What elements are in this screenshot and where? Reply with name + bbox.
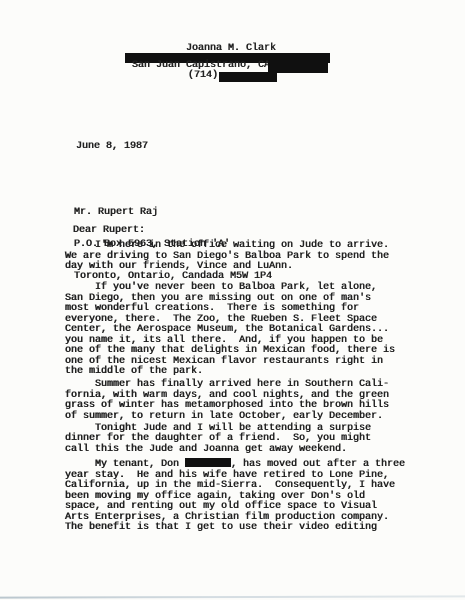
- paragraph-3: Summer has finally arrived here in South…: [65, 380, 389, 422]
- letter-date: June 8, 1987: [76, 142, 148, 153]
- salutation: Dear Rupert:: [73, 226, 145, 237]
- paragraph-2: If you've never been to Balboa Park, let…: [65, 283, 395, 378]
- redaction-bar-zip-code: [268, 62, 328, 73]
- paragraph-5-text-before: My tenant, Don: [65, 459, 185, 470]
- recipient-name: Mr. Rupert Raj: [74, 208, 272, 219]
- redaction-bar-phone-number: [219, 72, 277, 82]
- paragraph-1: I'm here in the office waiting on Jude t…: [65, 241, 389, 273]
- paragraph-4: Tonight Jude and I will be attending a s…: [65, 424, 371, 456]
- sender-phone-area-code: (714): [188, 71, 218, 82]
- paragraph-5-text-after: , has moved out after a three year stay.…: [65, 459, 405, 533]
- scan-edge-line: [0, 596, 465, 599]
- paragraph-5: My tenant, Don , has moved out after a t…: [65, 457, 405, 534]
- redaction-bar-tenant-name: [185, 458, 231, 467]
- scanned-letter-page: Joanna M. Clark San Juan Capistrano, CA …: [0, 0, 465, 600]
